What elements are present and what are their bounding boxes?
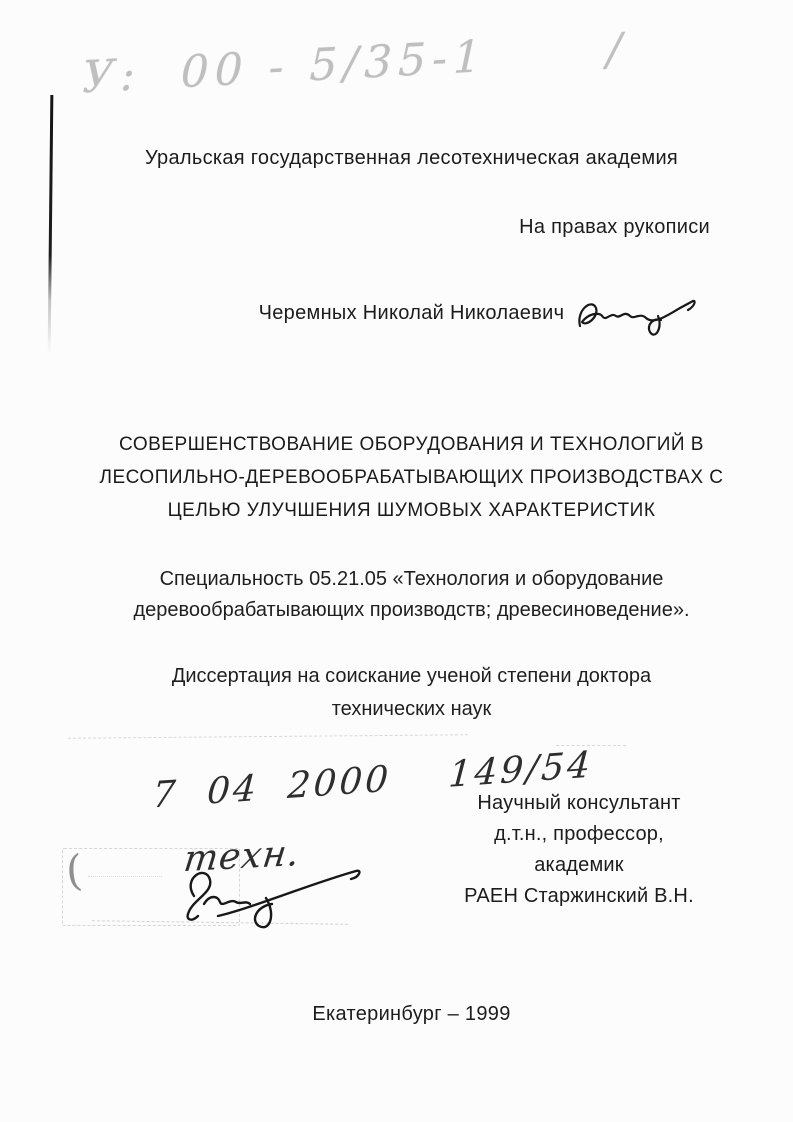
consultant-name: РАЕН Старжинский В.Н. — [448, 881, 710, 912]
approval-signature — [160, 860, 380, 940]
city-year: Екатеринбург – 1999 — [30, 1002, 793, 1027]
scanned-title-page: У: 00 - 5/35-1 / Уральская государственн… — [0, 0, 793, 1122]
faint-dashed-line — [68, 734, 468, 738]
consultant-label: Научный консультант — [448, 788, 710, 819]
specialty-statement: Специальность 05.21.05 «Технология и обо… — [30, 564, 793, 626]
degree-line-2: технических наук — [30, 693, 793, 726]
consultant-block: Научный консультант д.т.н., профессор, а… — [448, 788, 710, 912]
stamp-paren-mark: ( — [64, 845, 84, 895]
degree-statement: Диссертация на соискание ученой степени … — [30, 660, 793, 726]
author-signature — [572, 294, 702, 346]
dissertation-title: СОВЕРШЕНСТВОВАНИЕ ОБОРУДОВАНИЯ И ТЕХНОЛО… — [30, 428, 793, 527]
title-line-2: ЛЕСОПИЛЬНО-ДЕРЕВООБРАБАТЫВАЮЩИХ ПРОИЗВОД… — [30, 461, 793, 494]
catalog-number-handwriting: У: 00 - 5/35-1 / — [82, 24, 628, 104]
institution-name: Уральская государственная лесотехническа… — [30, 146, 793, 171]
specialty-line-1: Специальность 05.21.05 «Технология и обо… — [30, 564, 793, 595]
consultant-titles: д.т.н., профессор, академик — [448, 819, 710, 881]
specialty-line-2: деревообрабатывающих производств; древес… — [30, 595, 793, 626]
degree-line-1: Диссертация на соискание ученой степени … — [30, 660, 793, 693]
manuscript-note: На правах рукописи — [519, 216, 710, 239]
title-line-1: СОВЕРШЕНСТВОВАНИЕ ОБОРУДОВАНИЯ И ТЕХНОЛО… — [30, 428, 793, 461]
title-line-3: ЦЕЛЬЮ УЛУЧШЕНИЯ ШУМОВЫХ ХАРАКТЕРИСТИК — [30, 494, 793, 527]
stamp-inner-marks — [88, 876, 162, 877]
